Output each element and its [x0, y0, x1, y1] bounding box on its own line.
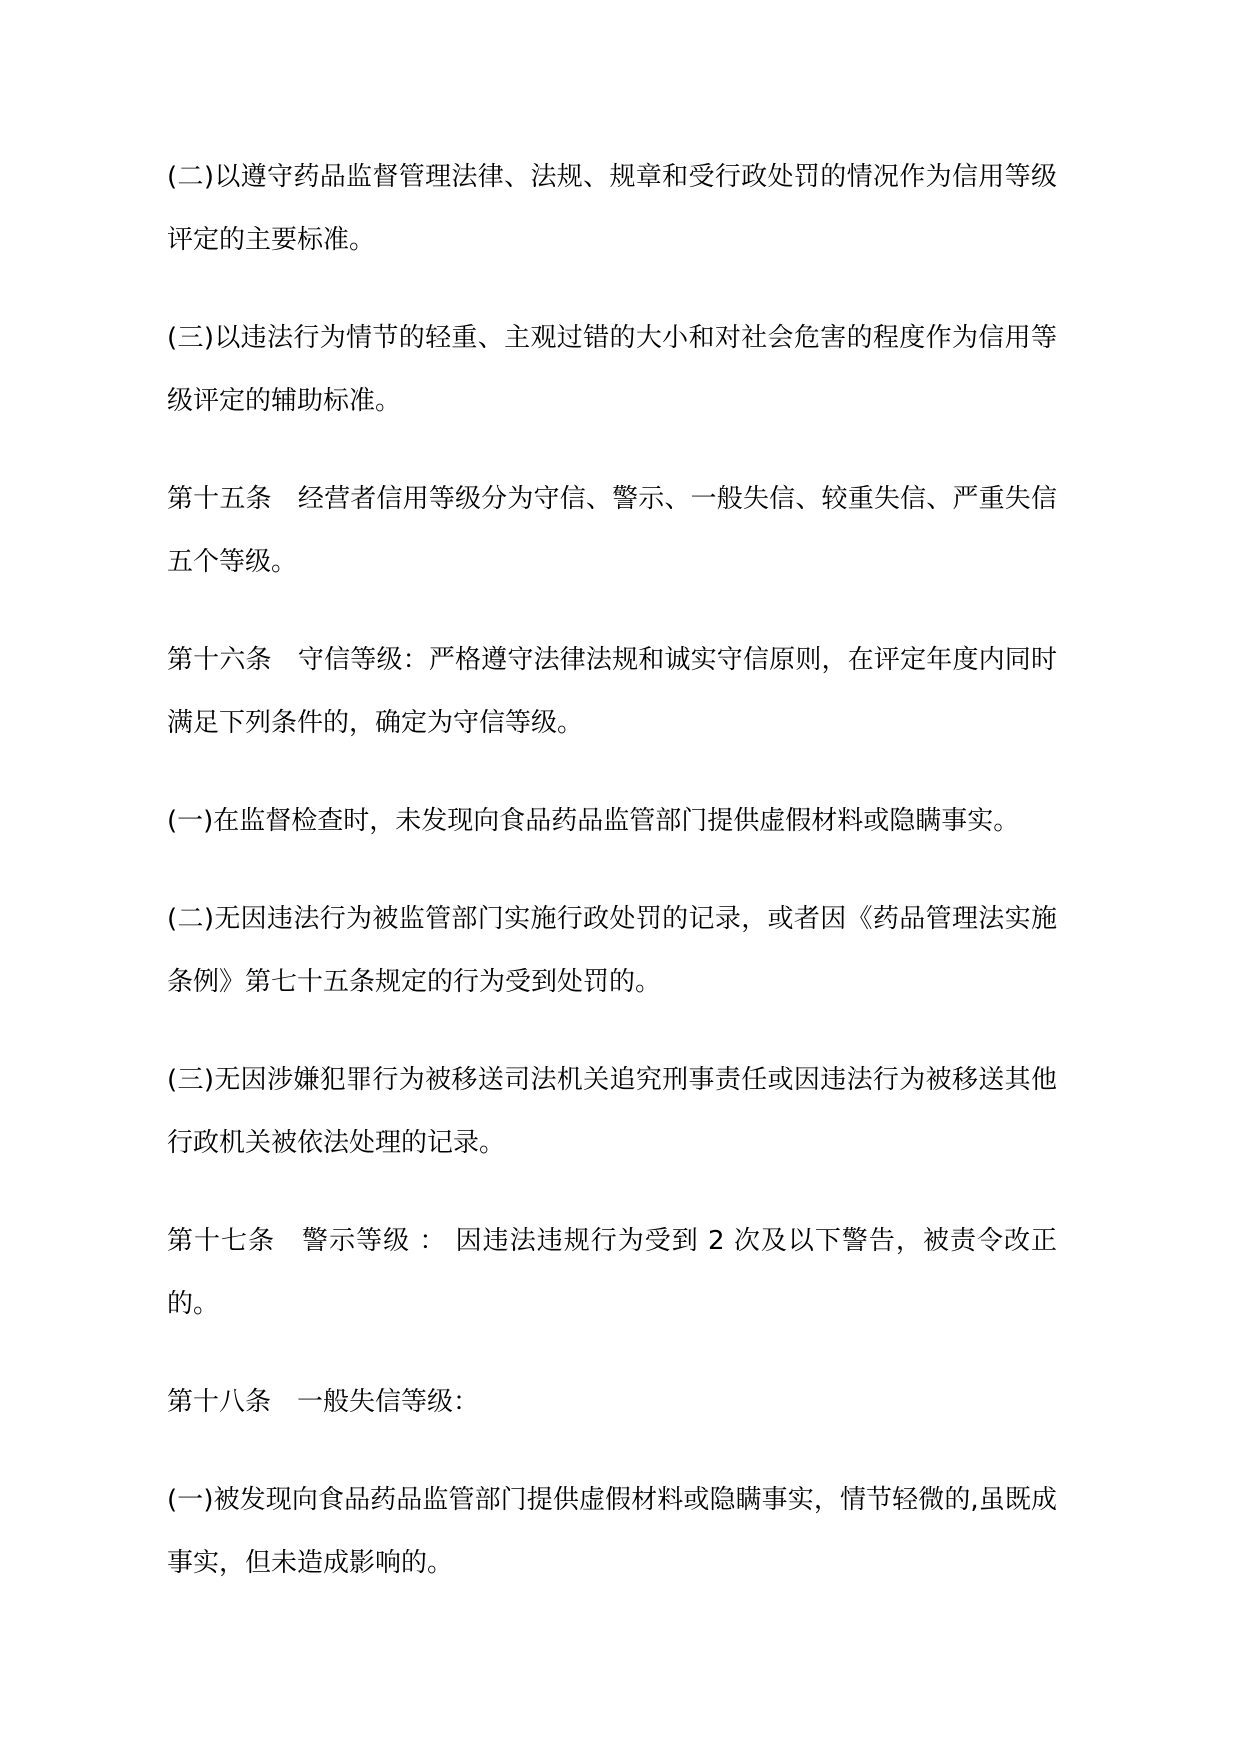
paragraph: 第十五条 经营者信用等级分为守信、警示、一般失信、较重失信、严重失信五个等级。 [167, 468, 1057, 594]
paragraph: (一)被发现向食品药品监管部门提供虚假材料或隐瞒事实，情节轻微的,虽既成事实，但… [167, 1469, 1057, 1595]
document-body: (二)以遵守药品监督管理法律、法规、规章和受行政处罚的情况作为信用等级评定的主要… [167, 146, 1057, 1630]
paragraph: 第十七条 警示等级 ： 因违法违规行为受到 2 次及以下警告，被责令改正的。 [167, 1210, 1057, 1336]
paragraph: (三)无因涉嫌犯罪行为被移送司法机关追究刑事责任或因违法行为被移送其他行政机关被… [167, 1049, 1057, 1175]
paragraph: (三)以违法行为情节的轻重、主观过错的大小和对社会危害的程度作为信用等级评定的辅… [167, 307, 1057, 433]
paragraph: 第十六条 守信等级：严格遵守法律法规和诚实守信原则，在评定年度内同时满足下列条件… [167, 629, 1057, 755]
paragraph: 第十八条 一般失信等级： [167, 1371, 1057, 1434]
paragraph: (二)以遵守药品监督管理法律、法规、规章和受行政处罚的情况作为信用等级评定的主要… [167, 146, 1057, 272]
document-page: (二)以遵守药品监督管理法律、法规、规章和受行政处罚的情况作为信用等级评定的主要… [0, 0, 1241, 1754]
paragraph: (二)无因违法行为被监管部门实施行政处罚的记录，或者因《药品管理法实施条例》第七… [167, 888, 1057, 1014]
paragraph: (一)在监督检查时，未发现向食品药品监管部门提供虚假材料或隐瞒事实。 [167, 790, 1057, 853]
